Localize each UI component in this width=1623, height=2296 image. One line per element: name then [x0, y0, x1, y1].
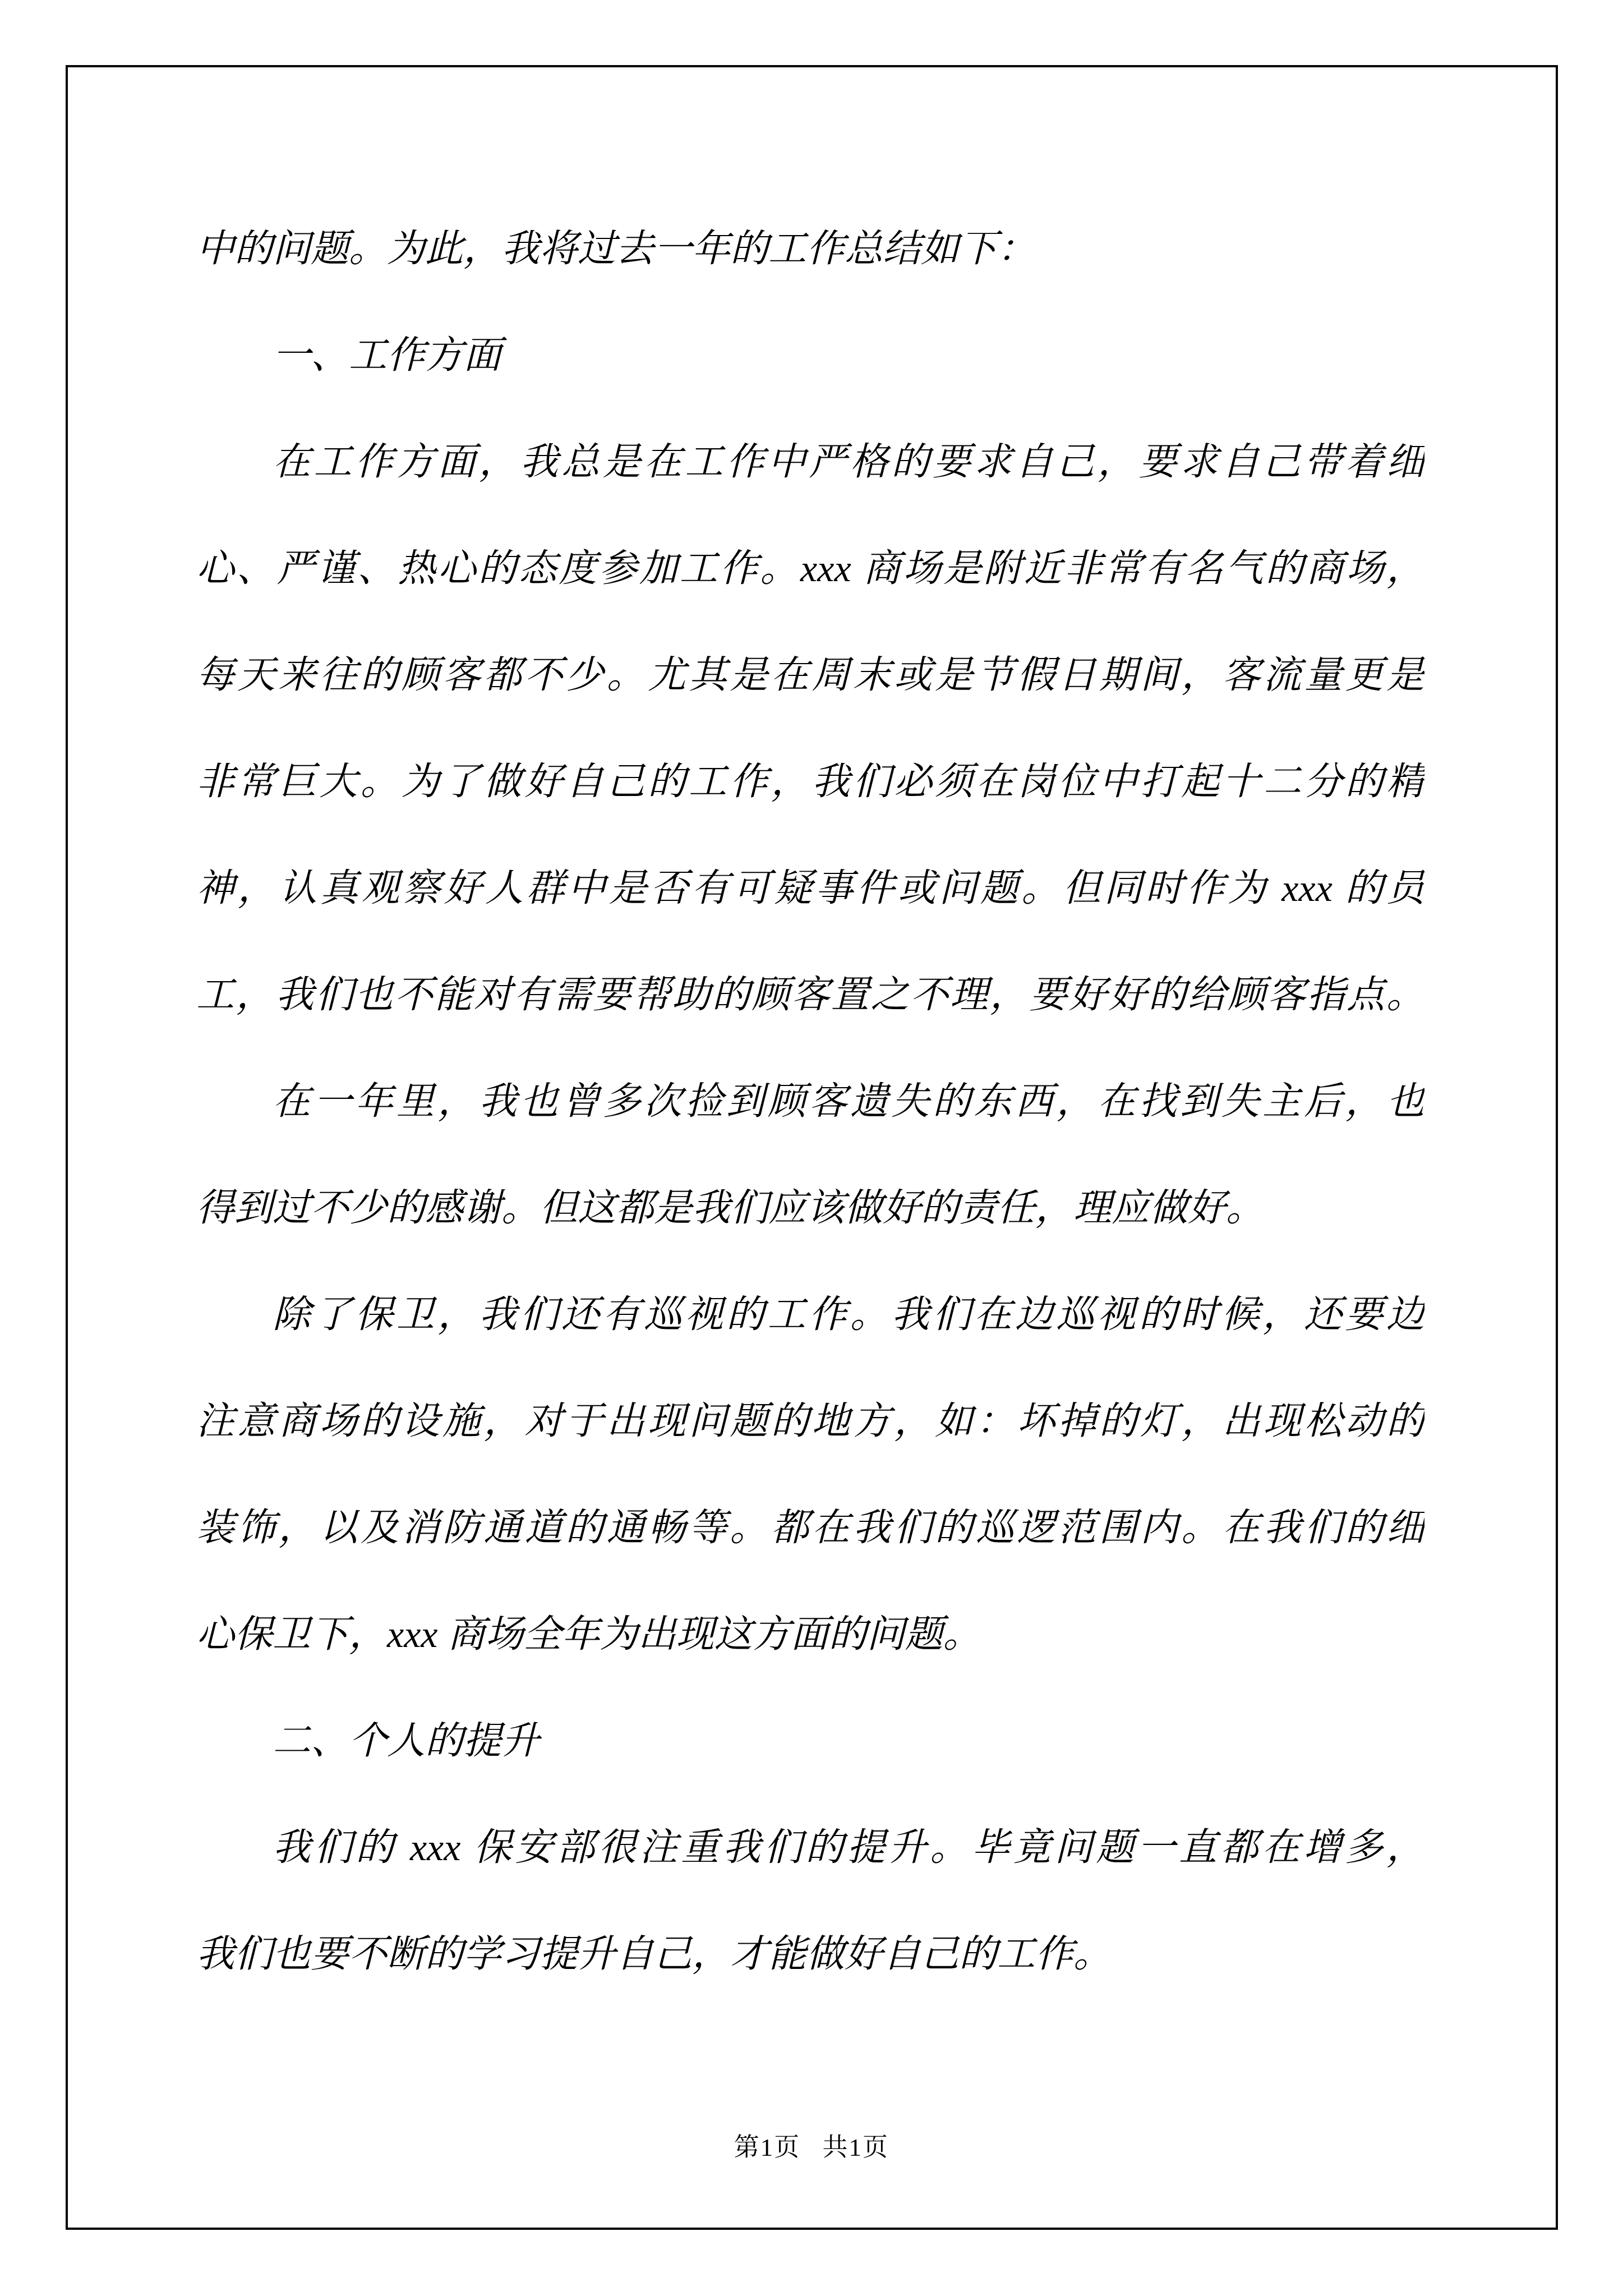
body-text-line: 在一年里，我也曾多次捡到顾客遗失的东西，在找到失主后，也 — [196, 1048, 1424, 1154]
body-text-line: 非常巨大。为了做好自己的工作，我们必须在岗位中打起十二分的精 — [196, 728, 1424, 835]
body-text-line: 一、工作方面 — [196, 302, 1424, 408]
page-footer: 第1页 共1页 — [0, 2127, 1623, 2163]
document-body: 中的问题。为此，我将过去一年的工作总结如下：一、工作方面在工作方面，我总是在工作… — [196, 195, 1424, 2007]
body-text-line: 在工作方面，我总是在工作中严格的要求自己，要求自己带着细 — [196, 408, 1424, 515]
body-text-line: 注意商场的设施，对于出现问题的地方，如：坏掉的灯，出现松动的 — [196, 1368, 1424, 1474]
page-number-label: 第1页 共1页 — [734, 2133, 889, 2161]
body-text-line: 我们也要不断的学习提升自己，才能做好自己的工作。 — [196, 1901, 1424, 2007]
body-text-line: 神，认真观察好人群中是否有可疑事件或问题。但同时作为 xxx 的员 — [196, 835, 1424, 941]
body-text-line: 装饰，以及消防通道的通畅等。都在我们的巡逻范围内。在我们的细 — [196, 1474, 1424, 1581]
body-text-line: 得到过不少的感谢。但这都是我们应该做好的责任，理应做好。 — [196, 1154, 1424, 1261]
body-text-line: 二、个人的提升 — [196, 1687, 1424, 1794]
document-page: 中的问题。为此，我将过去一年的工作总结如下：一、工作方面在工作方面，我总是在工作… — [0, 0, 1623, 2296]
body-text-line: 工，我们也不能对有需要帮助的顾客置之不理，要好好的给顾客指点。 — [196, 941, 1424, 1048]
body-text-line: 每天来往的顾客都不少。尤其是在周末或是节假日期间，客流量更是 — [196, 622, 1424, 728]
body-text-line: 除了保卫，我们还有巡视的工作。我们在边巡视的时候，还要边 — [196, 1261, 1424, 1368]
body-text-line: 中的问题。为此，我将过去一年的工作总结如下： — [196, 195, 1424, 302]
body-text-line: 心、严谨、热心的态度参加工作。xxx 商场是附近非常有名气的商场， — [196, 515, 1424, 622]
body-text-line: 我们的 xxx 保安部很注重我们的提升。毕竟问题一直都在增多， — [196, 1794, 1424, 1901]
body-text-line: 心保卫下，xxx 商场全年为出现这方面的问题。 — [196, 1581, 1424, 1687]
